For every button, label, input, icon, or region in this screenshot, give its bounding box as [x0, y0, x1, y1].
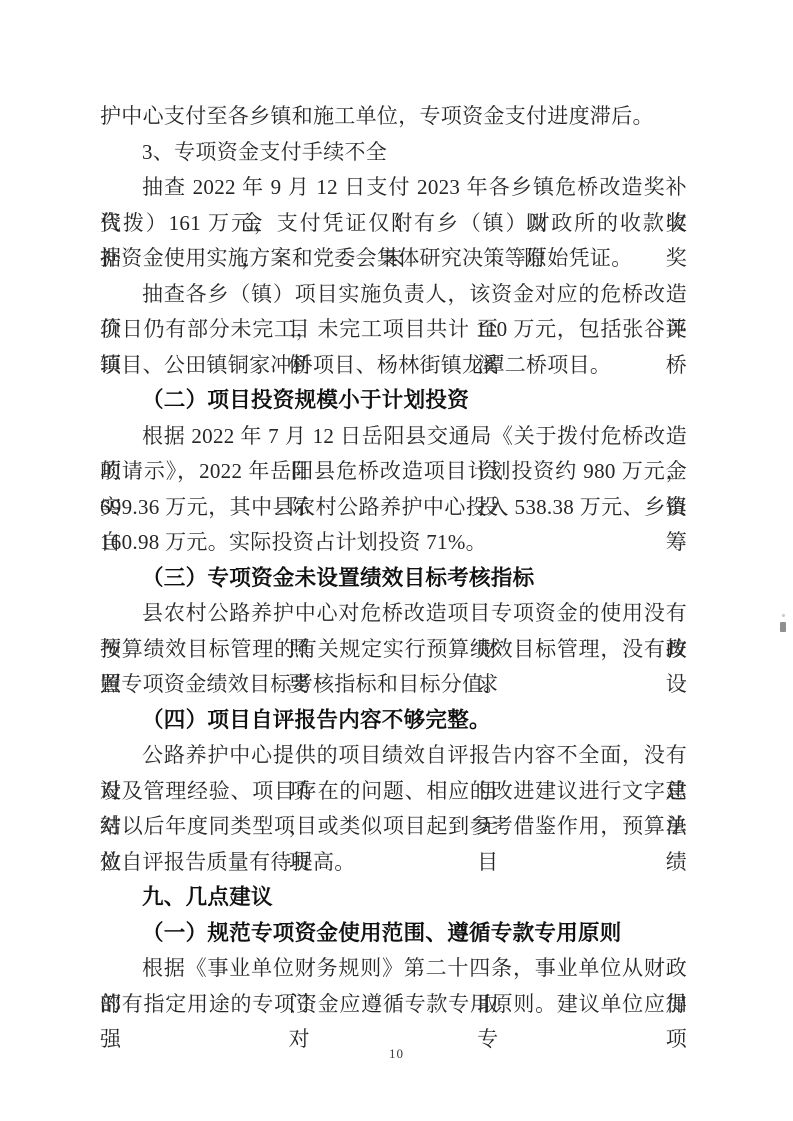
document-line: 公路养护中心提供的项目绩效自评报告内容不全面，没有对项目建: [100, 738, 687, 774]
heading-line: 九、几点建议: [100, 880, 687, 916]
document-line: 价日仍有部分未完工，未完工项目共计 110 万元，包括张谷英镇倒溪桥: [100, 312, 687, 348]
document-line: 的有指定用途的专项资金应遵循专款专用原则。建议单位应加强对专项: [100, 987, 687, 1023]
scan-artifact-speck: [780, 622, 786, 632]
heading-line: （三）专项资金未设置绩效目标考核指标: [100, 561, 687, 597]
document-line: 护中心支付至各乡镇和施工单位，专项资金支付进度滞后。: [100, 99, 687, 135]
document-line: 设及管理经验、项目存在的问题、相应的改进建议进行文字总结，无法: [100, 774, 687, 810]
document-line: 根据《事业单位财务规则》第二十四条，事业单位从财政部门取得: [100, 951, 687, 987]
document-line: 抽查 2022 年 9 月 12 日支付 2023 年各乡镇危桥改造奖补资金（以…: [100, 170, 687, 206]
scan-artifact-dot: [782, 614, 785, 617]
document-page: 护中心支付至各乡镇和施工单位，专项资金支付进度滞后。3、专项资金支付手续不全抽查…: [0, 0, 793, 1121]
heading-line: （二）项目投资规模小于计划投资: [100, 383, 687, 419]
text-block: 护中心支付至各乡镇和施工单位，专项资金支付进度滞后。3、专项资金支付手续不全抽查…: [100, 99, 687, 1022]
document-line: 3、专项资金支付手续不全: [100, 135, 687, 171]
heading-line: （一）规范专项资金使用范围、遵循专款专用原则: [100, 916, 687, 952]
document-line: 根据 2022 年 7 月 12 日岳阳县交通局《关于拨付危桥改造项目资金: [100, 419, 687, 455]
document-line: 抽查各乡（镇）项目实施负责人，该资金对应的危桥改造项目至评: [100, 277, 687, 313]
document-line: 代拨）161 万元，支付凭证仅附有乡（镇）财政所的收款收据，未附奖: [100, 206, 687, 242]
document-line: 补资金使用实施方案和党委会集体研究决策等原始凭证。: [100, 241, 687, 277]
heading-line: （四）项目自评报告内容不够完整。: [100, 703, 687, 739]
document-line: 699.36 万元，其中县农村公路养护中心投入 538.38 万元、乡镇自筹: [100, 490, 687, 526]
document-line: 对以后年度同类型项目或类似项目起到参考借鉴作用，预算单位项目绩: [100, 809, 687, 845]
document-line: 县农村公路养护中心对危桥改造项目专项资金的使用没有按照财政: [100, 596, 687, 632]
document-line: 的请示》，2022 年岳阳县危桥改造项目计划投资约 980 万元，实际投资: [100, 454, 687, 490]
page-number: 10: [0, 1046, 793, 1062]
document-line: 项目、公田镇铜家冲桥项目、杨林街镇龙潭二桥项目。: [100, 348, 687, 384]
document-line: 预算绩效目标管理的有关规定实行预算绩效目标管理，没有按照要求设: [100, 632, 687, 668]
